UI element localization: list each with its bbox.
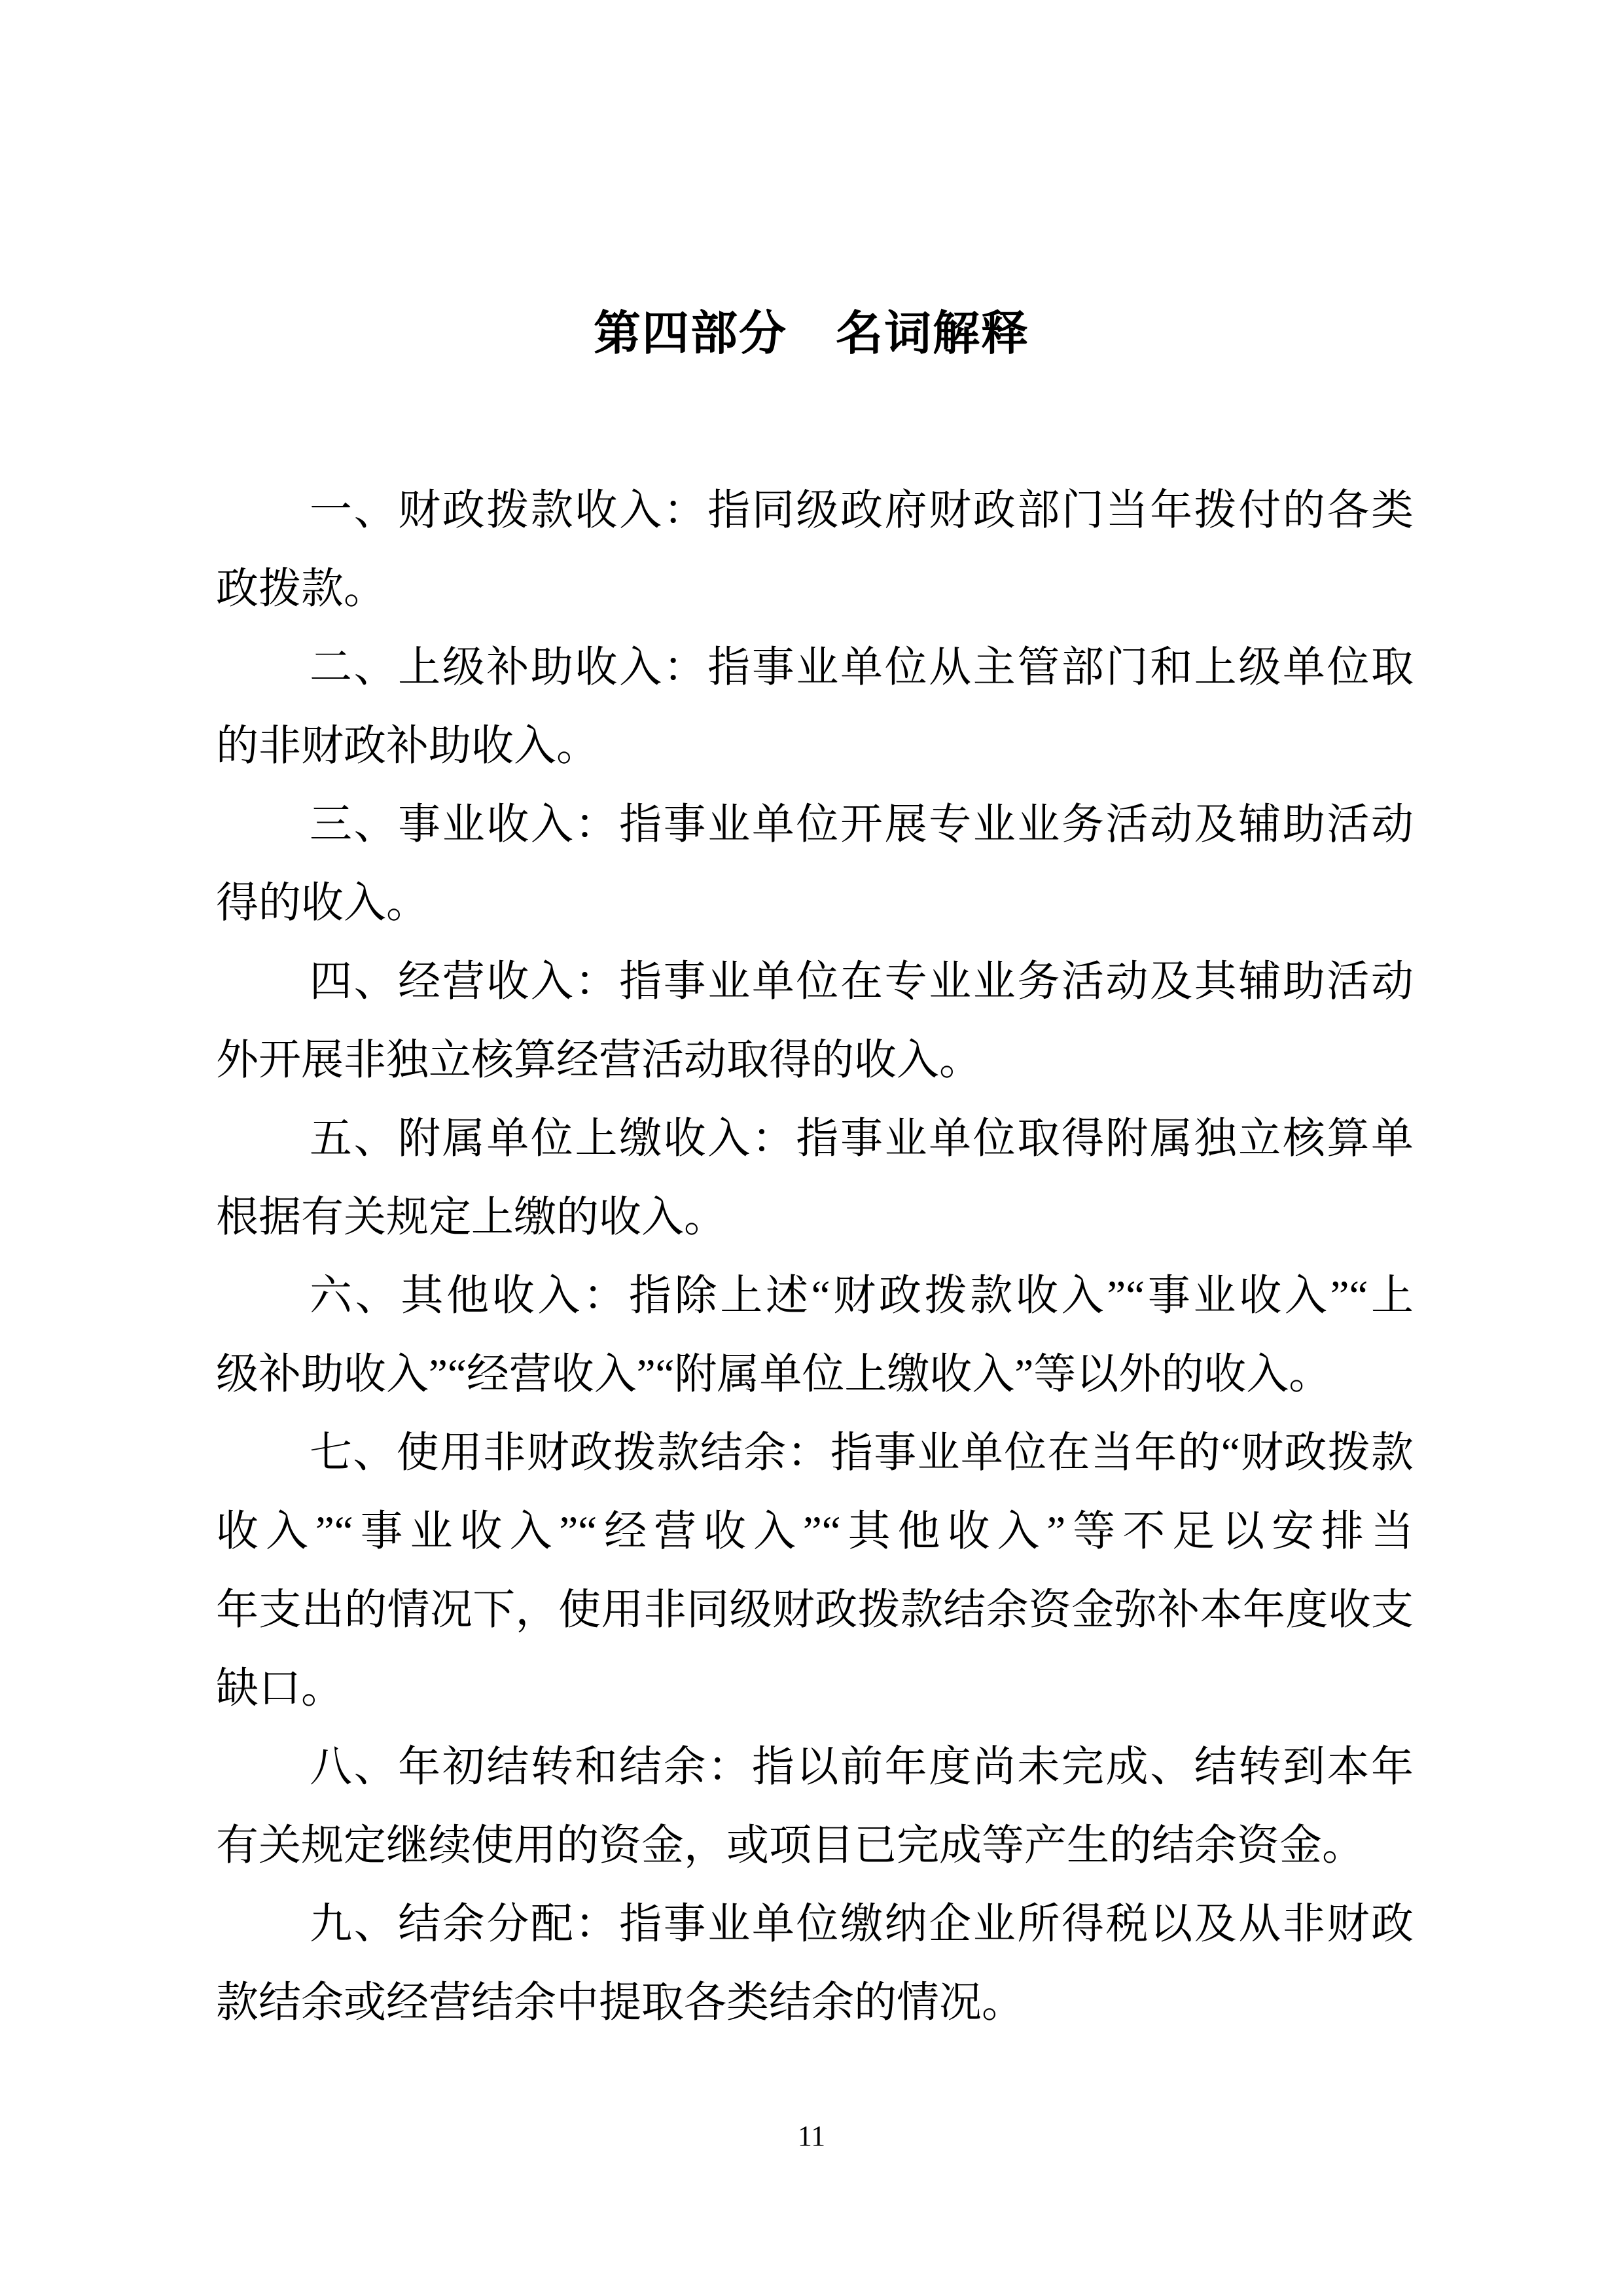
text-line: 年支出的情况下，使用非同级财政拨款结余资金弥补本年度收支 [216,1571,1414,1649]
text-line: 收入”“事业收入”“经营收入”“其他收入”等不足以安排当 [216,1492,1414,1571]
text-line: 政拨款。 [216,550,1414,628]
text-line: 二、上级补助收入：指事业单位从主管部门和上级单位取得 [216,628,1414,707]
text-line: 根据有关规定上缴的收入。 [216,1178,1414,1257]
text-line: 缺口。 [216,1649,1414,1728]
text-line: 四、经营收入：指事业单位在专业业务活动及其辅助活动之 [216,942,1414,1021]
text-line: 五、附属单位上缴收入：指事业单位取得附属独立核算单位 [216,1100,1414,1178]
section-title: 第四部分 名词解释 [0,0,1623,365]
page-number: 11 [798,2120,825,2152]
text-line: 款结余或经营结余中提取各类结余的情况。 [216,1964,1414,2042]
text-line: 得的收入。 [216,864,1414,942]
text-line: 三、事业收入：指事业单位开展专业业务活动及辅助活动取 [216,785,1414,864]
document-body: 一、财政拨款收入：指同级政府财政部门当年拨付的各类财政拨款。二、上级补助收入：指… [216,471,1414,2042]
text-line: 级补助收入”“经营收入”“附属单位上缴收入”等以外的收入。 [216,1335,1414,1414]
page-footer: 11 [0,2119,1623,2153]
text-line: 外开展非独立核算经营活动取得的收入。 [216,1021,1414,1100]
text-line: 的非财政补助收入。 [216,707,1414,785]
text-line: 七、使用非财政拨款结余：指事业单位在当年的“财政拨款 [216,1414,1414,1492]
text-line: 八、年初结转和结余：指以前年度尚未完成、结转到本年按 [216,1728,1414,1806]
text-line: 一、财政拨款收入：指同级政府财政部门当年拨付的各类财 [216,471,1414,550]
text-line: 六、其他收入：指除上述“财政拨款收入”“事业收入”“上 [216,1257,1414,1335]
document-page: 第四部分 名词解释 一、财政拨款收入：指同级政府财政部门当年拨付的各类财政拨款。… [0,0,1623,2296]
text-line: 九、结余分配：指事业单位缴纳企业所得税以及从非财政拨 [216,1885,1414,1964]
text-line: 有关规定继续使用的资金，或项目已完成等产生的结余资金。 [216,1806,1414,1885]
